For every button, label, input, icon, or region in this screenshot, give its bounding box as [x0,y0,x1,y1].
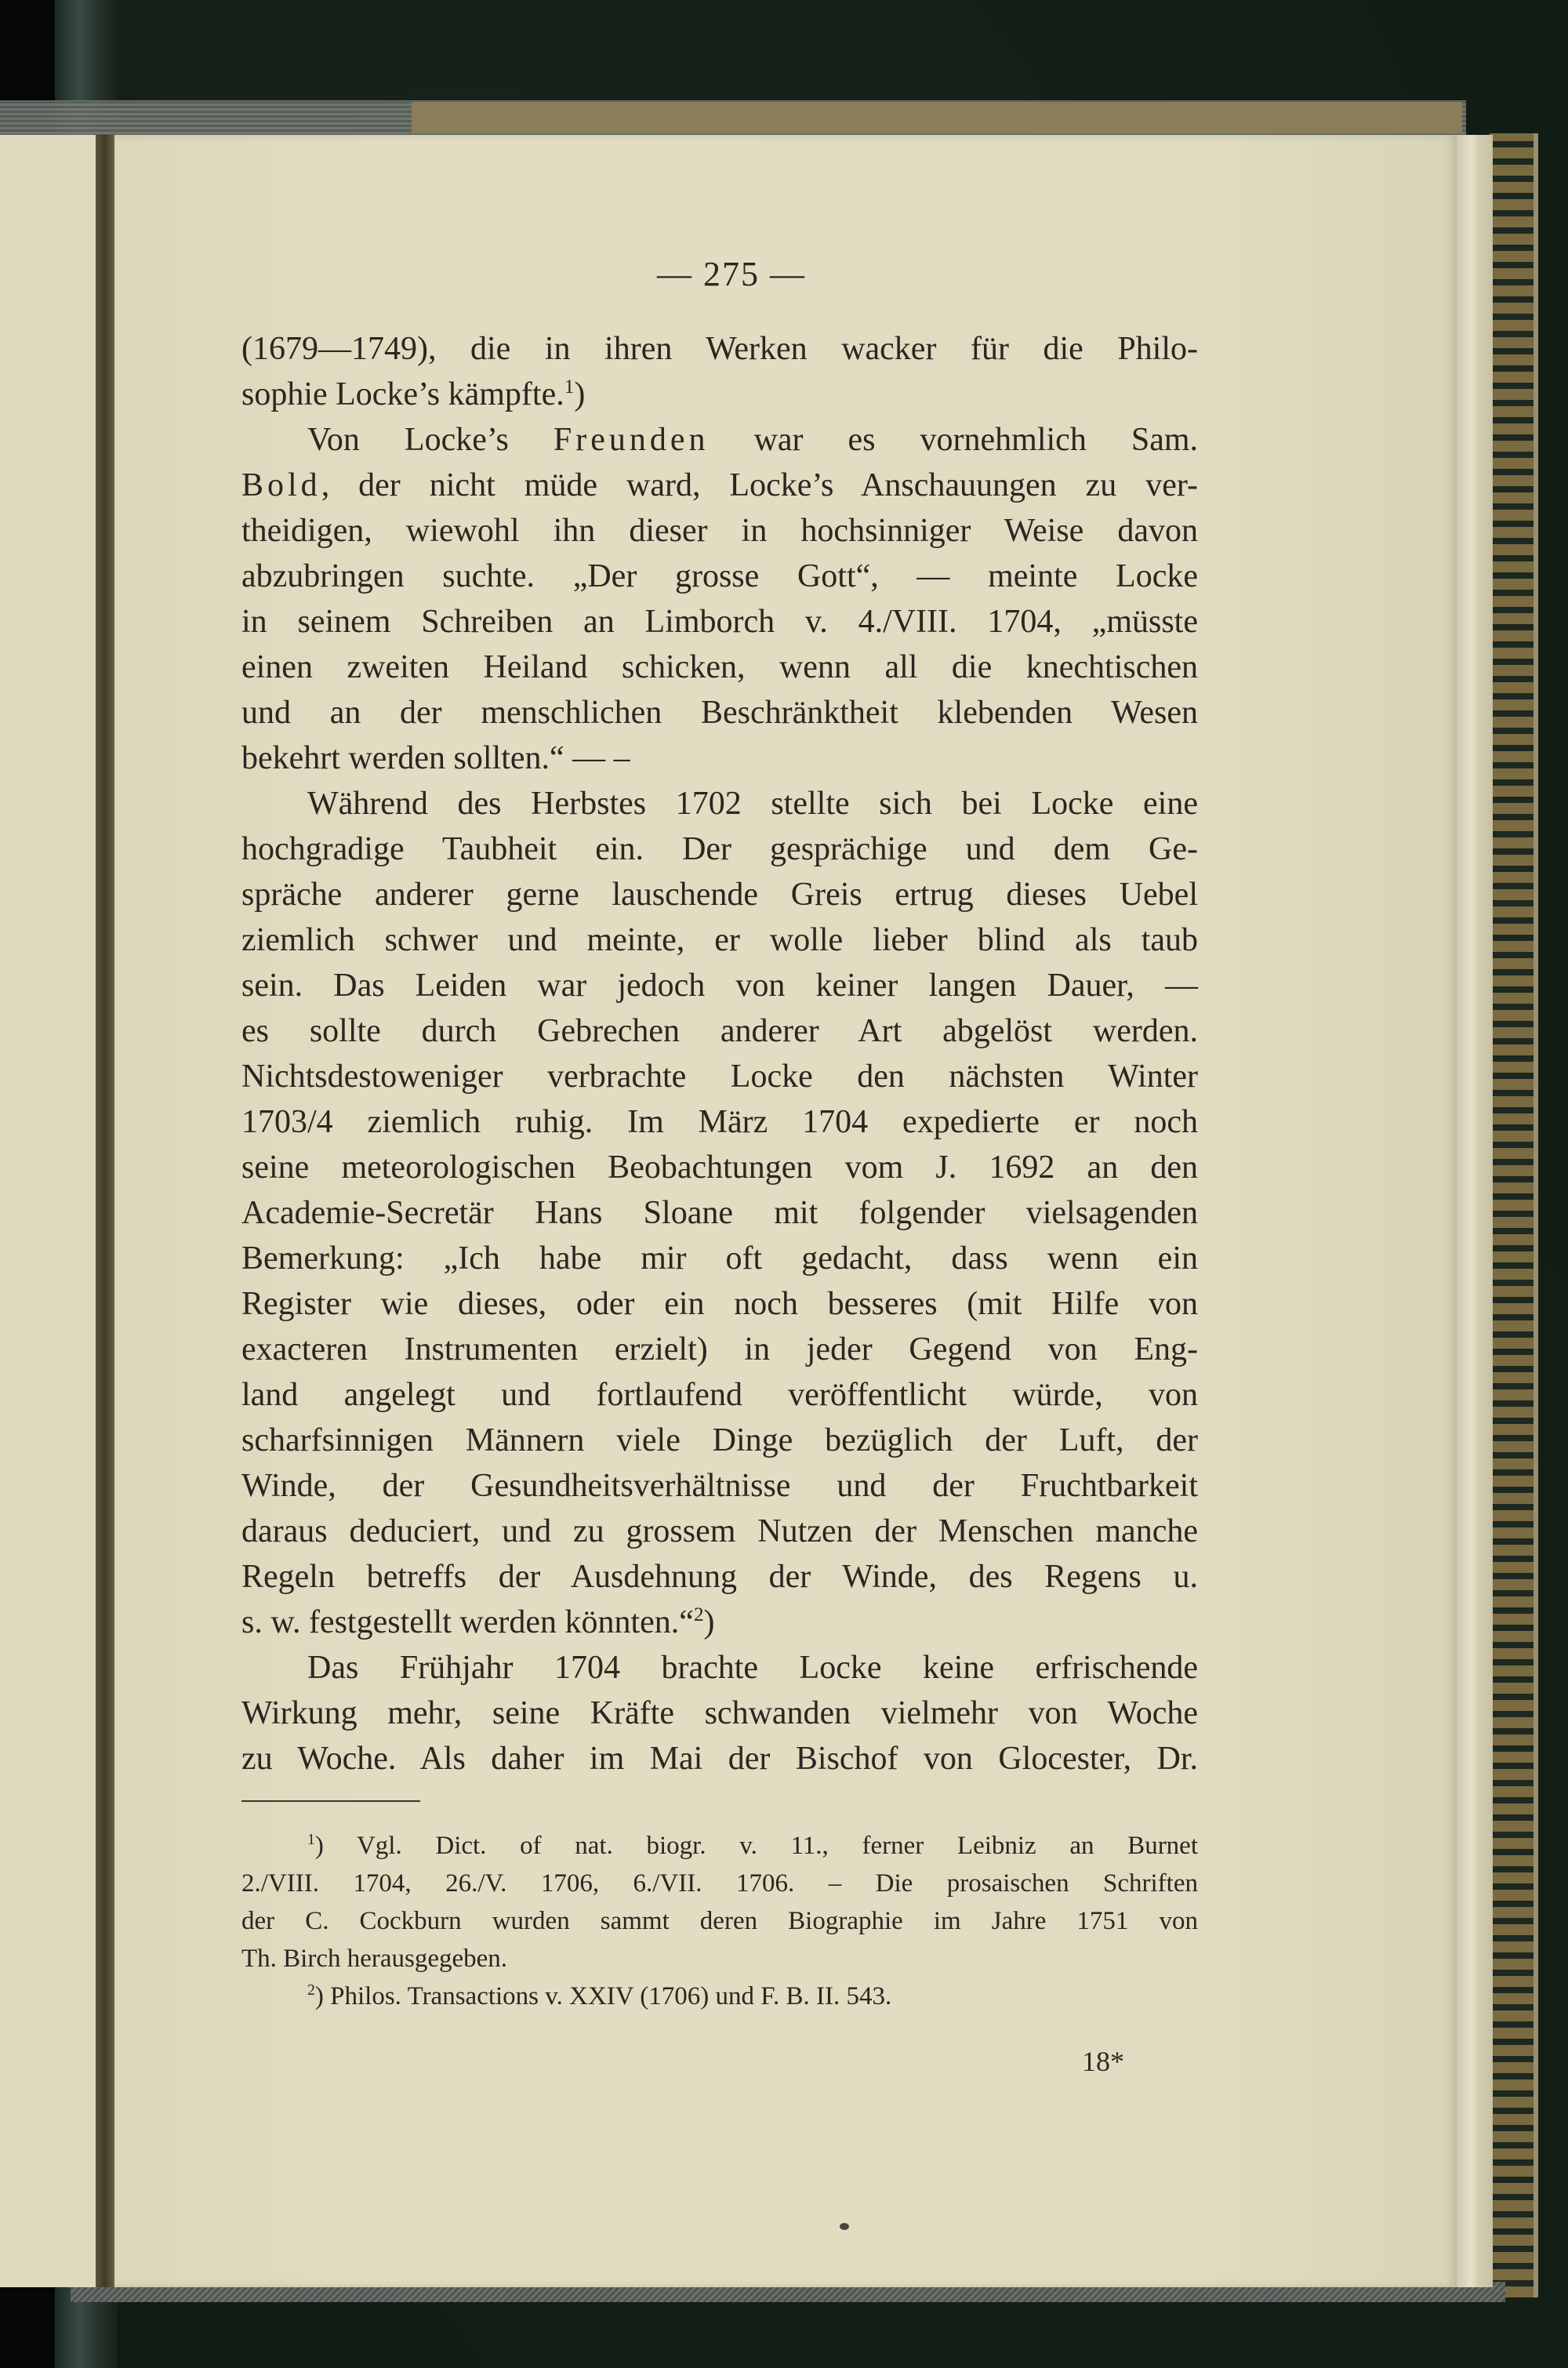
body-line: land angelegt und fortlaufend veröffentl… [241,1372,1198,1418]
emphasis-spaced: Bold [241,467,321,503]
body-line: abzubringen suchte. „Der grosse Gott“, —… [241,554,1198,599]
body-line: Wirkung mehr, seine Kräfte schwanden vie… [241,1691,1198,1736]
body-line: Von Locke’s Freunden war es vornehmlich … [241,417,1198,463]
gutter [96,135,114,2287]
body-line: hochgradige Taubheit ein. Der gesprächig… [241,826,1198,872]
binding-paper-top [412,102,1462,133]
body-line: in seinem Schreiben an Limborch v. 4./VI… [241,599,1198,645]
footnote-line: 2) Philos. Transactions v. XXIV (1706) u… [241,1978,1198,2015]
body-line: Nichtsdestoweniger verbrachte Locke den … [241,1054,1198,1099]
body-line: Winde, der Gesundheitsverhältnisse und d… [241,1463,1198,1509]
body-line: Regeln betreffs der Ausdehnung der Winde… [241,1554,1198,1600]
body-line: sein. Das Leiden war jedoch von keiner l… [241,963,1198,1008]
binding-cloth-right [1490,133,1538,2297]
page-text: — 275 — (1679—1749), die in ihren Werken… [241,251,1198,2015]
book-scan: — 275 — (1679—1749), die in ihren Werken… [0,0,1568,2368]
body-line: Das Frühjahr 1704 brachte Locke keine er… [241,1645,1198,1691]
footnote-ref: 1 [564,376,575,398]
body-line: 1703/4 ziemlich ruhig. Im März 1704 expe… [241,1099,1198,1145]
footnote-line: 1) Vgl. Dict. of nat. biogr. v. 11., fer… [241,1827,1198,1865]
body-line: und an der menschlichen Beschränktheit k… [241,690,1198,735]
body-line: daraus deduciert, und zu grossem Nutzen … [241,1509,1198,1554]
page-number-header: — 275 — [241,251,1198,298]
body-line: sophie Locke’s kämpfte.1) [241,372,1198,417]
body-line: theidigen, wiewohl ihn dieser in hochsin… [241,508,1198,554]
footnote-marker: 2 [307,1981,315,1999]
body-line: zu Woche. Als daher im Mai der Bischof v… [241,1736,1198,1781]
footnote-ref: 2 [694,1604,704,1625]
body-line: scharfsinnigen Männern viele Dinge bezüg… [241,1418,1198,1463]
body-line: exacteren Instrumenten erzielt) in jeder… [241,1327,1198,1372]
body-line: Register wie dieses, oder ein noch besse… [241,1281,1198,1327]
body-line: spräche anderer gerne lauschende Greis e… [241,872,1198,917]
footnote-line: Th. Birch herausgegeben. [241,1940,1198,1978]
body-line: (1679—1749), die in ihren Werken wacker … [241,326,1198,372]
body-line: ziemlich schwer und meinte, er wolle lie… [241,917,1198,963]
page-stack-edge [1457,135,1493,2287]
facing-page-edge [0,135,96,2287]
footnote-line: der C. Cockburn wurden sammt deren Biogr… [241,1902,1198,1940]
body-line: Bold, der nicht müde ward, Locke’s Ansch… [241,463,1198,508]
body-line: einen zweiten Heiland schicken, wenn all… [241,645,1198,690]
emphasis-spaced: Freunden [554,422,710,458]
footnote-divider [241,1800,420,1802]
footnote-line: 2./VIII. 1704, 26./V. 1706, 6./VII. 1706… [241,1865,1198,1902]
body-line: es sollte durch Gebrechen anderer Art ab… [241,1008,1198,1054]
body-line: Bemerkung: „Ich habe mir oft gedacht, da… [241,1236,1198,1281]
ink-spot [840,2223,849,2230]
body-line: Academie-Secretär Hans Sloane mit folgen… [241,1190,1198,1236]
body-line: s. w. festgestellt werden könnten.“2) [241,1600,1198,1645]
body-line: seine meteorologischen Beobachtungen vom… [241,1145,1198,1190]
body-line: bekehrt werden sollten.“ — – [241,735,1198,781]
signature-mark: 18* [1082,2045,1124,2078]
footnote-marker: 1 [307,1831,315,1848]
body-line: Während des Herbstes 1702 stellte sich b… [241,781,1198,826]
